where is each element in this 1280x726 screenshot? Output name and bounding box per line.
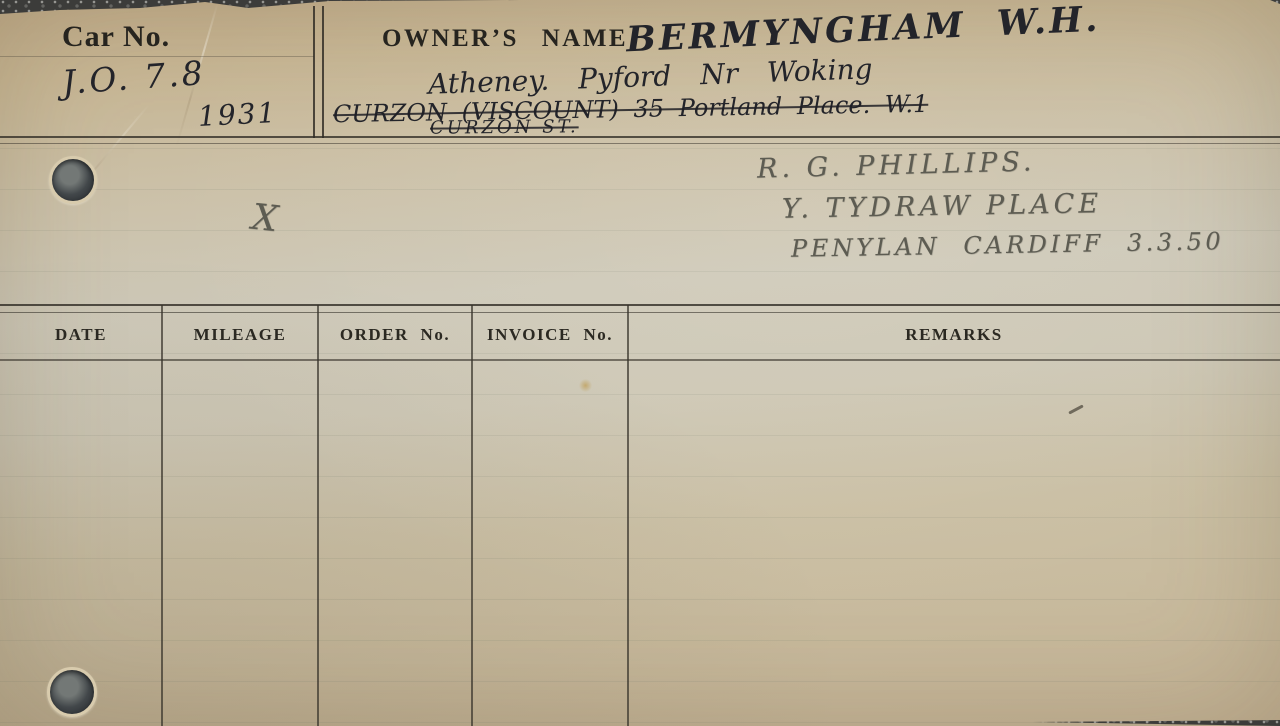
- owner-entry-bermyngham: BERMYNGHAM W.H.: [625, 0, 1101, 60]
- table-header-mileage: MILEAGE: [162, 311, 318, 359]
- punch-hole-bottom: [47, 667, 97, 717]
- stain-spot: [579, 379, 592, 392]
- pencil-x-mark: X: [250, 197, 280, 240]
- dark-fiber-mark: [1068, 404, 1084, 414]
- table-header-order-no: ORDER No.: [318, 311, 472, 359]
- car-no-label: Car No.: [62, 20, 170, 54]
- header-divider-double-vertical: [313, 6, 324, 138]
- owner-entry-curzon-struck: CURZON (VISCOUNT) 35 Portland Place. W.1: [333, 90, 929, 128]
- pencil-owner-street: Y. TYDRAW PLACE: [782, 188, 1103, 225]
- table-header-date: DATE: [0, 311, 162, 359]
- table-header-bottom-rule: [0, 359, 1280, 361]
- table-header-row: DATE MILEAGE ORDER No. INVOICE No. REMAR…: [0, 311, 1280, 359]
- owner-entry-curzon-st-struck: CURZON ST.: [430, 116, 579, 138]
- punch-hole-top: [49, 156, 97, 204]
- car-registration-handwritten: J.O. 7.8: [61, 53, 207, 102]
- table-column-line-3: [471, 305, 473, 726]
- owners-name-label: OWNER’S NAME: [382, 25, 628, 53]
- table-header-remarks: REMARKS: [628, 311, 1280, 359]
- car-year-handwritten: 1931: [197, 96, 278, 133]
- table-column-line-1: [161, 305, 163, 726]
- record-card: Car No. OWNER’S NAME J.O. 7.8 1931 BERMY…: [0, 0, 1280, 726]
- table-column-line-2: [317, 305, 319, 726]
- header-bottom-double-rule: [0, 136, 1280, 144]
- pencil-owner-city-date: PENYLAN CARDIFF 3.3.50: [791, 227, 1225, 263]
- pencil-owner-name: R. G. PHILLIPS.: [757, 146, 1036, 184]
- table-header-invoice-no: INVOICE No.: [472, 311, 628, 359]
- photo-background-surface: Car No. OWNER’S NAME J.O. 7.8 1931 BERMY…: [0, 0, 1280, 726]
- table-column-line-4: [627, 305, 629, 726]
